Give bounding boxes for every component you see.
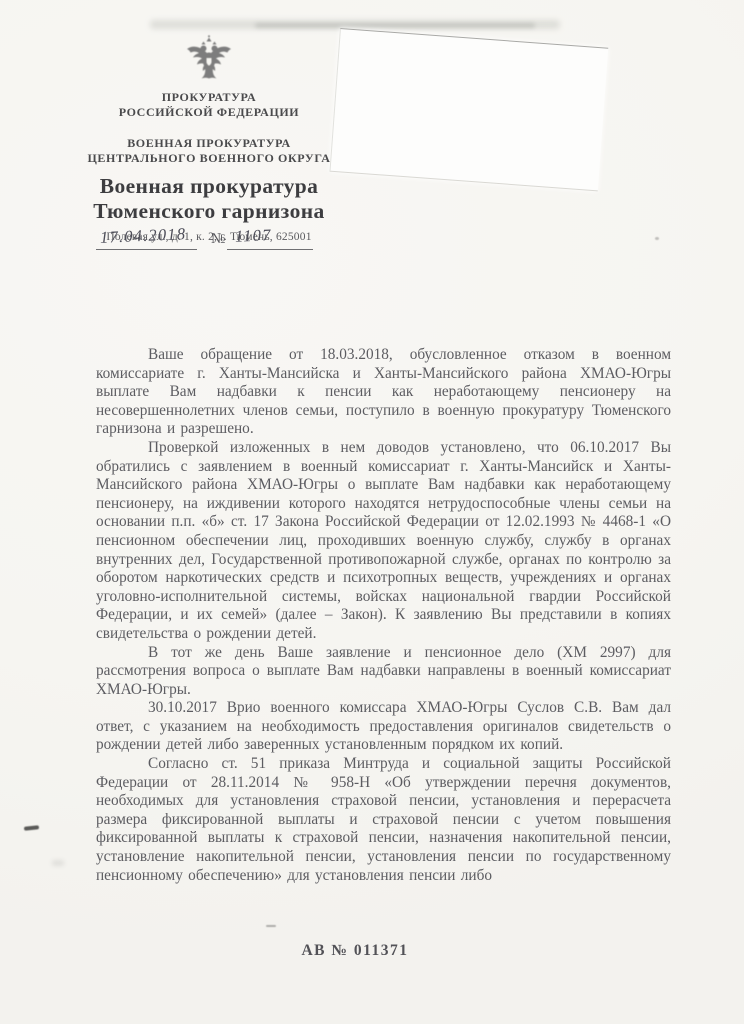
scan-speck [24, 825, 39, 831]
scan-speck [52, 860, 64, 866]
letterhead-org-line1: ПРОКУРАТУРА [83, 90, 335, 105]
paragraph-2: Проверкой изложенных в нем доводов устан… [96, 439, 671, 644]
paragraph-3: В тот же день Ваше заявление и пенсионно… [96, 644, 671, 700]
letterhead-title-line1: Военная прокуратура [83, 174, 335, 199]
date-field: 17.04.2018 [96, 226, 197, 250]
scan-speck [266, 925, 276, 927]
letterhead-parent-line1: ВОЕННАЯ ПРОКУРАТУРА [83, 136, 335, 151]
paragraph-5: Согласно ст. 51 приказа Минтруда и социа… [96, 755, 671, 885]
letter-body: Ваше обращение от 18.03.2018, обусловлен… [96, 346, 671, 885]
letterhead-title-line2: Тюменского гарнизона [83, 199, 335, 224]
scan-smudge-dark [255, 23, 535, 28]
paragraph-4: 30.10.2017 Врио военного комиссара ХМАО-… [96, 699, 671, 755]
handwritten-date: 17.04.2018 [100, 224, 187, 248]
letterhead-org-line2: РОССИЙСКОЙ ФЕДЕРАЦИИ [83, 105, 335, 120]
scanned-letter-page: ПРОКУРАТУРА РОССИЙСКОЙ ФЕДЕРАЦИИ ВОЕННАЯ… [0, 0, 744, 1024]
scan-speck [655, 237, 659, 240]
paper-patch-overlay [329, 28, 608, 191]
coat-of-arms-icon [182, 34, 236, 84]
handwritten-number: 1107 [235, 225, 272, 247]
reference-row: 17.04.2018 № 1107 [96, 226, 313, 250]
paragraph-1: Ваше обращение от 18.03.2018, обусловлен… [96, 346, 671, 439]
form-number: АВ № 011371 [0, 942, 727, 960]
number-sign: № [211, 231, 225, 248]
letterhead: ПРОКУРАТУРА РОССИЙСКОЙ ФЕДЕРАЦИИ ВОЕННАЯ… [83, 34, 335, 243]
letterhead-parent-line2: ЦЕНТРАЛЬНОГО ВОЕННОГО ОКРУГА [83, 151, 335, 166]
number-field: 1107 [227, 226, 313, 250]
